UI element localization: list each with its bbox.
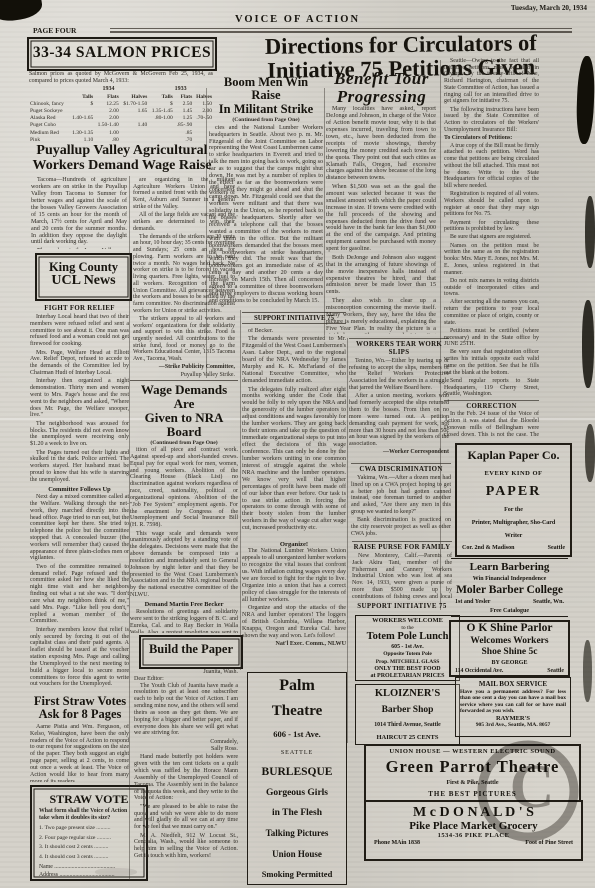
copyright-stamp-watermark: C xyxy=(470,733,586,849)
table-cell: 12.25 xyxy=(94,101,120,108)
paragraph: cies and the National Lumber Workers hea… xyxy=(209,125,323,305)
table-cell: $1.70-1.50 xyxy=(120,101,149,108)
year-header-1933: 1933 xyxy=(148,86,213,94)
torn-edge-mark xyxy=(583,640,592,702)
continued-note: (Continued from Page One) xyxy=(130,440,238,447)
boom-men-headline: Boom Men Win Raise In Militant Strike xyxy=(209,76,323,116)
column-rule xyxy=(347,338,348,743)
puyallup-signature: —Strike Publicity Committee, xyxy=(133,364,235,371)
directions-article: Seattle—Owing to the fact that all initi… xyxy=(444,58,539,437)
torn-edge-mark xyxy=(585,196,595,268)
table-cell xyxy=(148,137,174,144)
ad-kloizners-barber: KLOIZNER'S Barber Shop 1014 Third Avenue… xyxy=(355,684,460,745)
table-cell: 1.10 xyxy=(69,137,95,144)
ucl-news-box: King County UCL News xyxy=(35,253,132,301)
paragraph: The demands were presented to Mr. Fitzge… xyxy=(242,336,346,385)
table-cell: 2.00 xyxy=(94,115,120,122)
fight-for-relief-article: FIGHT FOR RELIEF Interbay Local heard th… xyxy=(30,303,129,692)
committee-follows-up-subhead: Committee Follows Up xyxy=(30,486,129,493)
barber-address: 1st and Yesler xyxy=(455,599,490,605)
benefit-tour-headline: Benefit Tour Progressing xyxy=(327,70,436,106)
paragraph: Many localities have asked, report DeJon… xyxy=(326,106,436,182)
paragraph: After securing all the names you can, re… xyxy=(444,299,539,326)
table-row: Pink1.10.80.70 xyxy=(29,137,213,144)
table-cell: 1.40-1.65 xyxy=(69,115,95,122)
straw-vote-address-line: Address ................................… xyxy=(39,872,139,878)
kaplan-city: Seattle xyxy=(548,545,565,551)
table-cell: Alaska Red xyxy=(29,115,69,122)
straw-votes-article: Aarne Pistia and Wm. Ferguson, of Kelso,… xyxy=(30,724,129,782)
puyallup-article-col1: Tacoma—Hundreds of agriculture workers a… xyxy=(31,177,127,249)
table-cell xyxy=(120,130,149,137)
ad-moler-barber-college: Learn Barbering Win Financial Independen… xyxy=(451,558,568,617)
table-row: Puget Sockeye2.001.651.35-1.451.452.00 xyxy=(29,108,213,115)
paragraph: M. A. Niedfelt, 912 W Locust St., Centra… xyxy=(134,833,238,860)
puyallup-headline: Puyallup Valley Agricultural Workers Dem… xyxy=(26,144,218,174)
paragraph: The strikers appeal to all workers and w… xyxy=(133,316,235,363)
raise-purse-headline: RAISE PURSE FOR FAMILY xyxy=(352,541,452,552)
kaplan-address: Cor. 2nd & Madison xyxy=(462,545,514,551)
organize-subhead: Organize! xyxy=(242,541,346,548)
col-header: Talls xyxy=(69,94,95,101)
kaplan-name: Kaplan Paper Co. xyxy=(467,448,559,463)
kloizner-name: KLOIZNER'S xyxy=(375,688,440,699)
paragraph: The National Lumber Workers Union appeal… xyxy=(242,548,346,604)
paragraph: 2. Four page regular size .......... xyxy=(39,834,139,842)
paragraph: Send regular reports to State Headquarte… xyxy=(444,378,539,398)
workers-tear-headline: WORKERS TEAR WORK SLIPS xyxy=(349,338,449,357)
paragraph: The Pages turned out their lights and sk… xyxy=(30,450,129,484)
paragraph: "We are pleased to be able to raise the … xyxy=(134,804,238,831)
shine-city: Seattle xyxy=(547,668,564,674)
wage-demands-headline: Wage Demands Are Given to NRA Board xyxy=(130,383,238,439)
paragraph: Tacoma—Hundreds of agriculture workers a… xyxy=(31,177,127,246)
kloizner-sub: Barber Shop xyxy=(382,705,434,715)
paragraph: Be very sure that registration officer w… xyxy=(444,349,539,376)
table-cell xyxy=(148,130,174,137)
totem-address: 605 - 1st Ave. xyxy=(391,644,423,650)
ad-mail-box-service: MAIL BOX SERVICE Have you a permanent ad… xyxy=(455,677,571,737)
section-rule xyxy=(130,380,238,381)
paragraph: Aarne Pistia and Wm. Ferguson, of Kelso,… xyxy=(30,724,129,782)
paragraph: 1. Two page present size .......... xyxy=(39,824,139,832)
paragraph: Both DeJonge and Johnson also suggest th… xyxy=(326,255,436,297)
table-cell: .85 xyxy=(174,130,193,137)
puyallup-signature2: Puyallup Valley Strike. xyxy=(133,372,235,379)
palm-girls: Gorgeous Girls xyxy=(266,788,328,798)
barber-name: Moler Barber College xyxy=(456,585,563,597)
straw-vote-options: 1. Two page present size ..........2. Fo… xyxy=(39,824,139,862)
paragraph: The delegates fully realized after eight… xyxy=(242,387,346,533)
raise-purse-article: RAISE PURSE FOR FAMILY New Monterey, Cal… xyxy=(352,541,452,601)
table-cell: 2.50 xyxy=(174,101,193,108)
table-cell xyxy=(148,122,174,129)
salmon-intro: Salmon prices as quoted by McGovern & Mc… xyxy=(29,71,213,84)
paragraph: In the Feb. 24 issue of the Voice of Act… xyxy=(444,411,539,437)
shine-welcome: Welcomes Workers xyxy=(470,637,548,647)
salmon-year-row: 1934 1933 xyxy=(29,86,213,94)
shine-price: Shoe Shine 5c xyxy=(482,648,538,658)
salmon-col-header-row: Talls Flats Halves Talls Flats Halves xyxy=(29,94,213,101)
table-cell xyxy=(120,137,149,144)
circulators-subhead: To Circulators of Petitions: xyxy=(444,135,539,142)
torn-edge-mark xyxy=(585,424,595,482)
table-cell: 2.00 xyxy=(94,108,120,115)
palm-burlesque: BURLESQUE xyxy=(262,766,333,778)
palm-city: SEATTLE xyxy=(281,750,313,756)
issue-date: Tuesday, March 20, 1934 xyxy=(455,4,587,12)
mailbox-body: Have you a permanent address? For less t… xyxy=(456,688,570,715)
shine-george: BY GEORGE xyxy=(492,660,528,666)
letter-signature: Sally Ross. xyxy=(134,746,238,753)
totem-tothe: to the xyxy=(401,625,413,631)
ad-ok-shine-parlor: O K Shine Parlor Welcomes Workers Shoe S… xyxy=(449,620,570,677)
table-cell: 1.65 xyxy=(120,108,149,115)
boom-men-article-part3: The National Lumber Workers Union appeal… xyxy=(242,548,346,670)
mailbox-name: MAIL BOX SERVICE xyxy=(456,678,570,688)
paragraph: 4. It should cost 3 cents .......... xyxy=(39,853,139,861)
salmon-prices-title: 33-34 SALMON PRICES xyxy=(29,39,215,62)
paragraph: The neighborhood was aroused for blocks.… xyxy=(30,421,129,448)
column-rule xyxy=(240,310,241,670)
ad-palm-theatre: Palm Theatre 606 - 1st Ave. SEATTLE BURL… xyxy=(247,672,347,885)
newspaper-page: Tuesday, March 20, 1934 VOICE OF ACTION … xyxy=(0,0,595,888)
workers-tear-article: WORKERS TEAR WORK SLIPS Tenino, Wn.—Eith… xyxy=(349,338,449,462)
palm-smoking: Smoking Permitted xyxy=(262,869,333,879)
build-the-paper-letter: Juanita, Wash. Dear Editor: The Youth Cl… xyxy=(134,669,238,885)
ad-kaplan-paper: Kaplan Paper Co. EVERY KIND OF PAPER For… xyxy=(455,443,572,557)
kloizner-haircut: HAIRCUT 25 CENTS xyxy=(376,734,438,741)
continued-note: (Continued from Page One) xyxy=(209,117,323,124)
barber-city: Seattle, Wn. xyxy=(533,599,564,605)
totem-welcome: WORKERS WELCOME xyxy=(372,617,443,624)
table-row: Medium Red1.30-1.351.00.85 xyxy=(29,130,213,137)
boom-men-article-part2: of Becker.The demands were presented to … xyxy=(242,328,346,537)
totem-prices: at PROLETARIAN PRICES xyxy=(371,673,445,679)
table-cell: 1.45 xyxy=(174,108,193,115)
table-cell: .80 xyxy=(94,137,120,144)
salmon-price-table: 1934 1933 Talls Flats Halves Talls Flats… xyxy=(29,86,213,144)
paragraph: When $1,500 was set as the goal the amou… xyxy=(326,184,436,253)
barber-learn: Learn Barbering xyxy=(470,561,550,573)
table-cell: 1.00 xyxy=(94,130,120,137)
col-header: Halves xyxy=(120,94,149,101)
barber-catalogue: Free Catalogue xyxy=(490,608,529,614)
paragraph: Organize and stop the attacks of the NRA… xyxy=(242,605,346,640)
paragraph: Next day a mixed committee called at the… xyxy=(30,494,129,562)
nlwu-signature: Nat'l Exec. Comm., NLWU xyxy=(242,641,346,648)
page-label: PAGE FOUR xyxy=(33,26,108,35)
column-rule xyxy=(324,88,325,335)
paragraph: Yakima, Wn.—After a dozen men had lined … xyxy=(351,475,451,516)
paragraph: They also wish to clear up a misconcepti… xyxy=(326,298,436,334)
paragraph: Hand made butterfly pot holders were giv… xyxy=(134,754,238,802)
letter-dateline: Juanita, Wash. xyxy=(134,669,238,676)
demand-martin-subhead: Demand Martin Free Becker xyxy=(130,601,238,608)
paragraph: Interbay then organized a night demonstr… xyxy=(30,378,129,419)
ad-totem-pole-lunch: WORKERS WELCOME to the Totem Pole Lunch … xyxy=(355,615,460,681)
paragraph: Mrs. Page, Welfare Head at Elliott Ave. … xyxy=(30,350,129,377)
boom-men-article: Boom Men Win Raise In Militant Strike (C… xyxy=(209,76,323,310)
table-cell: $ xyxy=(148,101,174,108)
barber-independence: Win Financial Independence xyxy=(473,576,547,582)
ucl-news-title-line2: UCL News xyxy=(37,274,130,289)
table-cell: Medium Red xyxy=(29,130,69,137)
paragraph: Do not mix names in voting districts out… xyxy=(444,278,539,298)
table-cell: Puget Coho xyxy=(29,122,69,129)
paragraph: Tenino, Wn.—Either by tearing up or refu… xyxy=(349,358,449,392)
table-cell: 1.25 xyxy=(174,115,193,122)
paragraph: Payment for circulating these petitions … xyxy=(444,220,539,233)
kaplan-printer: Printer, Multigrapher, Sho-Card xyxy=(472,520,556,526)
straw-votes-headline: First Straw Votes Ask for 8 Pages xyxy=(28,695,132,722)
paragraph: The following instructions have been iss… xyxy=(444,107,539,134)
paragraph: Names on the petition must be written th… xyxy=(444,243,539,277)
mailbox-raymers: RAYMER'S xyxy=(456,715,570,722)
table-cell: .85-.90 xyxy=(174,122,193,129)
column-rule xyxy=(206,88,207,378)
wage-demands-article: Wage Demands Are Given to NRA Board (Con… xyxy=(130,383,238,633)
benefit-tour-article: Many localities have asked, report DeJon… xyxy=(326,106,436,334)
straw-vote-name-line: Name ...................................… xyxy=(39,864,139,870)
paragraph: The workers in the Lower Valley xyxy=(31,248,127,249)
mailbox-address: 905 3rd Ave., Seattle, MA. 8057 xyxy=(456,722,570,728)
shine-address: 114 Occidental Ave. xyxy=(455,668,503,674)
palm-union: Union House xyxy=(272,849,322,859)
paragraph: Registration is required of all voters. … xyxy=(444,191,539,218)
table-row: Puget Coho1.50-1.401.40.85-.90 xyxy=(29,122,213,129)
paragraph: Seattle—Owing to the fact that all initi… xyxy=(444,58,539,105)
table-cell: .70 xyxy=(174,137,193,144)
masthead: VOICE OF ACTION xyxy=(0,14,595,25)
paragraph: Two of the committee remained to demand … xyxy=(30,564,129,625)
paragraph: A true copy of the Bill must be firmly a… xyxy=(444,143,539,190)
col-header: Flats xyxy=(174,94,193,101)
paragraph: Interbay members know that relief is onl… xyxy=(30,627,129,688)
palm-name2: Theatre xyxy=(272,704,323,719)
totem-opposite: Opposite Totem Pole xyxy=(383,651,432,657)
paragraph: New Monterey, Calif.—Parents of Jack Aki… xyxy=(352,553,452,601)
totem-name: Totem Pole Lunch xyxy=(367,632,449,643)
paragraph: Petitions must be certified (where neces… xyxy=(444,328,539,348)
straw-vote-title: STRAW VOTE xyxy=(39,793,139,806)
table-cell: Pink xyxy=(29,137,69,144)
kaplan-paper: PAPER xyxy=(486,484,542,500)
kaplan-forthe: For the xyxy=(504,507,523,513)
table-row: Alaska Red1.40-1.652.00.80-1.001.25.70-.… xyxy=(29,115,213,122)
support-initiative-line: SUPPORT INITIATIVE 75 xyxy=(352,603,452,610)
paragraph: 3. It should cost 2 cents .......... xyxy=(39,843,139,851)
svg-text:C: C xyxy=(510,753,555,821)
paragraph: Be sure that signers are registered. xyxy=(444,234,539,241)
ucl-news-title-line1: King County xyxy=(37,255,130,274)
table-cell: 1.50-1.40 xyxy=(94,122,120,129)
build-the-paper-box: Build the Paper xyxy=(139,635,243,669)
col-header: Flats xyxy=(94,94,120,101)
table-cell: $ xyxy=(69,101,95,108)
shine-name: O K Shine Parlor xyxy=(467,623,553,635)
paragraph: After a union meeting, workers who had f… xyxy=(349,393,449,448)
paragraph: ition of all piece and contract work. Ag… xyxy=(130,447,238,529)
table-cell: .80-1.00 xyxy=(148,115,174,122)
palm-name: Palm xyxy=(279,678,315,694)
palm-address: 606 - 1st Ave. xyxy=(273,729,321,739)
kloizner-address: 1014 Third Avenue, Seattle xyxy=(374,722,440,728)
table-cell: 1.40 xyxy=(120,122,149,129)
palm-flesh: in The Flesh xyxy=(272,808,322,818)
paragraph: Resolutions of greetings and solidarity … xyxy=(130,609,238,633)
paragraph: The Youth Club of Juanita have made a re… xyxy=(134,683,238,738)
totem-prop: Prop. MITCHELL GLASS xyxy=(376,659,440,665)
build-the-paper-title: Build the Paper xyxy=(141,637,241,656)
kaplan-writer: Writer xyxy=(505,533,523,539)
table-cell: Puget Sockeye xyxy=(29,108,69,115)
col-header: Talls xyxy=(148,94,174,101)
torn-edge-mark xyxy=(582,300,594,388)
table-cell: Chinook, fancy xyxy=(29,101,69,108)
masthead-rule-thin xyxy=(110,28,572,29)
year-header-1934: 1934 xyxy=(69,86,149,94)
cwa-discrimination-article: CWA DISCRIMINATION Yakima, Wn.—After a d… xyxy=(351,463,451,539)
table-row: Chinook, fancy$12.25$1.70-1.50$2.501.50 xyxy=(29,101,213,108)
letter-closing: Comradely, xyxy=(134,739,238,746)
worker-correspondent-signature: —Worker Correspondent xyxy=(349,449,449,456)
table-cell xyxy=(69,122,95,129)
paragraph: Interbay Local heard that two of their m… xyxy=(30,314,129,348)
column-rule xyxy=(129,176,130,880)
kaplan-kind: EVERY KIND OF xyxy=(484,470,542,477)
straw-vote-ballot-box: STRAW VOTE What form shall the Voice of … xyxy=(30,785,148,881)
palm-talkies: Talking Pictures xyxy=(266,828,329,838)
table-cell xyxy=(69,108,95,115)
table-cell xyxy=(120,115,149,122)
totem-food: ONLY THE BEST FOOD xyxy=(374,666,440,672)
correction-headline: CORRECTION xyxy=(444,400,539,411)
cwa-headline: CWA DISCRIMINATION xyxy=(351,463,451,474)
straw-vote-question: What form shall the Voice of Action take… xyxy=(39,808,139,822)
paragraph: Bank discrimination is practiced on the … xyxy=(351,517,451,537)
table-cell: 1.30-1.35 xyxy=(69,130,95,137)
table-cell: 1.35-1.45 xyxy=(148,108,174,115)
column-rule xyxy=(440,60,441,610)
salmon-prices-box: 33-34 SALMON PRICES xyxy=(27,37,217,71)
letter-salutation: Dear Editor: xyxy=(134,676,238,683)
mcdonalds-phone: Phone MAin 1838 xyxy=(374,840,420,846)
paragraph: This wage scale and demands were unanimo… xyxy=(130,531,238,599)
fight-for-relief-headline: FIGHT FOR RELIEF xyxy=(30,303,129,313)
